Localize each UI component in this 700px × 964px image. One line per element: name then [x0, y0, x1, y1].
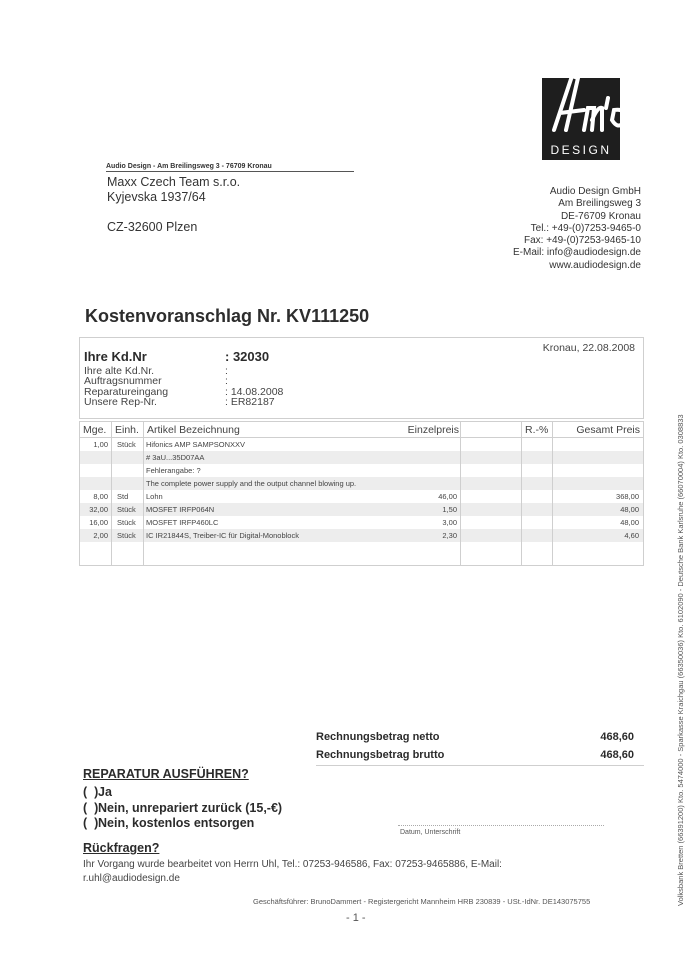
- checkbox-paren[interactable]: ( ): [83, 785, 98, 801]
- totals-divider: [316, 765, 644, 766]
- table-row: Fehlerangabe: ?: [80, 464, 643, 477]
- table-row: # 3aU...35D07AA: [80, 451, 643, 464]
- checkbox-paren[interactable]: ( ): [83, 801, 98, 817]
- header-discount: R.-%: [525, 424, 548, 436]
- repair-heading: REPARATUR AUSFÜHREN?: [83, 767, 282, 781]
- customer-info-box: Kronau, 22.08.2008 Ihre Kd.Nr: 32030 Ihr…: [79, 337, 644, 419]
- items-table: 1,00StückHifonics AMP SAMPSONXXV# 3aU...…: [79, 421, 644, 566]
- cell-article: MOSFET IRFP460LC: [146, 518, 218, 527]
- cell-unit-price: 3,00: [442, 518, 457, 527]
- cell-unit: Stück: [117, 531, 136, 540]
- cell-total: 4,60: [624, 531, 639, 540]
- info-row-customer-number: Ihre Kd.Nr: 32030: [84, 352, 269, 362]
- cell-total: 48,00: [620, 518, 639, 527]
- questions-heading: Rückfragen?: [83, 841, 159, 855]
- cell-qty: 1,00: [93, 440, 108, 449]
- cell-unit-price: 1,50: [442, 505, 457, 514]
- signature-line[interactable]: [398, 825, 604, 826]
- cell-unit: Stück: [117, 518, 136, 527]
- company-website: www.audiodesign.de: [513, 260, 641, 272]
- table-row: 1,00StückHifonics AMP SAMPSONXXV: [80, 438, 643, 451]
- cell-qty: 32,00: [89, 505, 108, 514]
- cell-article: Fehlerangabe: ?: [146, 466, 201, 475]
- info-row-order-number: Auftragsnummer:: [84, 376, 228, 386]
- cell-article: Hifonics AMP SAMPSONXXV: [146, 440, 245, 449]
- table-row: The complete power supply and the output…: [80, 477, 643, 490]
- repair-option-return-unrepaired[interactable]: ( )Nein, unrepariert zurück (15,-€): [83, 801, 282, 817]
- audio-design-logo: DESIGN: [532, 68, 642, 164]
- cell-qty: 2,00: [93, 531, 108, 540]
- header-total: Gesamt Preis: [576, 424, 640, 436]
- cell-article: Lohn: [146, 492, 163, 501]
- table-row: 32,00StückMOSFET IRFP064N1,5048,00: [80, 503, 643, 516]
- totals-block: Rechnungsbetrag netto 468,60 Rechnungsbe…: [316, 731, 634, 767]
- cell-unit: Stück: [117, 440, 136, 449]
- questions-text: Ihr Vorgang wurde bearbeitet von Herrn U…: [83, 858, 563, 886]
- cell-article: # 3aU...35D07AA: [146, 453, 204, 462]
- cell-total: 368,00: [616, 492, 639, 501]
- cell-article: The complete power supply and the output…: [146, 479, 356, 488]
- sender-return-address: Audio Design - Am Breilingsweg 3 - 76709…: [106, 163, 354, 172]
- cell-unit: Stück: [117, 505, 136, 514]
- header-unit: Einh.: [115, 424, 139, 436]
- place-date: Kronau, 22.08.2008: [543, 342, 635, 354]
- table-row: 16,00StückMOSFET IRFP460LC3,0048,00: [80, 516, 643, 529]
- cell-unit-price: 46,00: [438, 492, 457, 501]
- recipient-city: CZ-32600 Plzen: [107, 220, 240, 235]
- recipient-address: Maxx Czech Team s.r.o. Kyjevska 1937/64 …: [107, 175, 240, 235]
- cell-article: IC IR21844S, Treiber-IC für Digital-Mono…: [146, 531, 299, 540]
- company-phone: Tel.: +49-(0)7253-9465-0: [513, 223, 641, 235]
- page-number: - 1 -: [346, 912, 366, 924]
- cell-qty: 16,00: [89, 518, 108, 527]
- document-title: Kostenvoranschlag Nr. KV111250: [85, 306, 369, 327]
- company-street: Am Breilingsweg 3: [513, 198, 641, 210]
- repair-option-dispose[interactable]: ( )Nein, kostenlos entsorgen: [83, 816, 282, 832]
- table-row: 8,00StdLohn46,00368,00: [80, 490, 643, 503]
- repair-option-yes[interactable]: ( )Ja: [83, 785, 282, 801]
- info-row-repair-number: Unsere Rep-Nr.: ER82187: [84, 397, 275, 407]
- company-name: Audio Design GmbH: [513, 186, 641, 198]
- total-net-value: 468,60: [600, 731, 634, 749]
- logo-caption: DESIGN: [550, 143, 611, 157]
- company-contact-block: Audio Design GmbH Am Breilingsweg 3 DE-7…: [513, 186, 641, 272]
- signature-label: Datum, Unterschrift: [400, 829, 460, 836]
- repair-decision: REPARATUR AUSFÜHREN? ( )Ja ( )Nein, unre…: [83, 767, 282, 832]
- recipient-name: Maxx Czech Team s.r.o.: [107, 175, 240, 190]
- table-header: Mge. Einh. Artikel Bezeichnung Einzelpre…: [80, 422, 643, 438]
- total-net-row: Rechnungsbetrag netto 468,60: [316, 731, 634, 749]
- recipient-street: Kyjevska 1937/64: [107, 190, 240, 205]
- header-article: Artikel Bezeichnung: [147, 424, 240, 436]
- header-unit-price: Einzelpreis: [408, 424, 459, 436]
- company-email: E-Mail: info@audiodesign.de: [513, 247, 641, 259]
- bank-details-vertical: Volksbank Bretten (66391200) Kto. 547400…: [676, 414, 685, 906]
- cell-total: 48,00: [620, 505, 639, 514]
- cell-unit: Std: [117, 492, 128, 501]
- cell-article: MOSFET IRFP064N: [146, 505, 214, 514]
- cell-qty: 8,00: [93, 492, 108, 501]
- company-city: DE-76709 Kronau: [513, 211, 641, 223]
- company-fax: Fax: +49-(0)7253-9465-10: [513, 235, 641, 247]
- footer-legal: Geschäftsführer: BrunoDammert - Register…: [253, 897, 590, 906]
- cell-unit-price: 2,30: [442, 531, 457, 540]
- checkbox-paren[interactable]: ( ): [83, 816, 98, 832]
- table-row: 2,00StückIC IR21844S, Treiber-IC für Dig…: [80, 529, 643, 542]
- header-qty: Mge.: [83, 424, 106, 436]
